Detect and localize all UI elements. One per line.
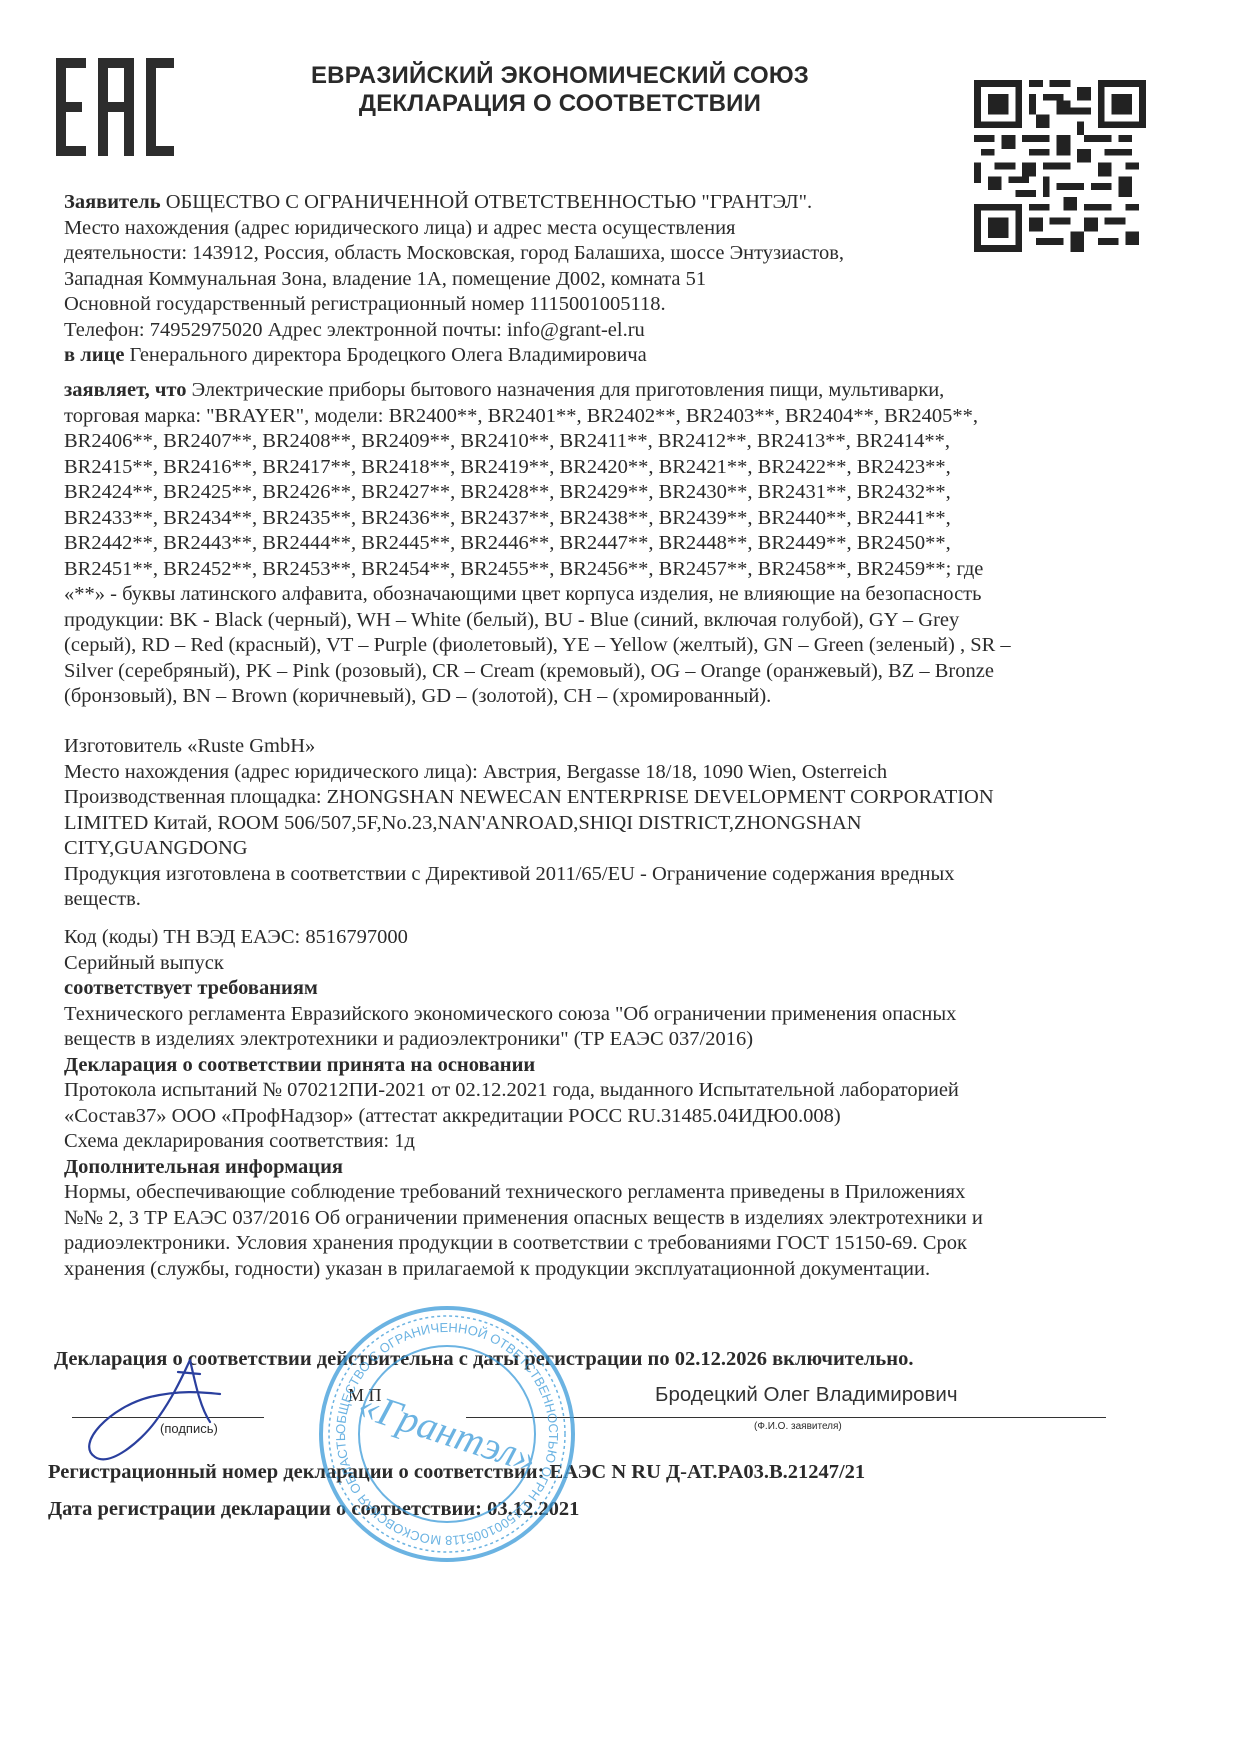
- additional-info-line: Нормы, обеспечивающие соблюдение требова…: [64, 1180, 1104, 1206]
- color-codes-line: (серый), RD – Red (красный), VT – Purple…: [64, 633, 1104, 659]
- title-union: ЕВРАЗИЙСКИЙ ЭКОНОМИЧЕСКИЙ СОЮЗ: [250, 62, 870, 90]
- requirements-line: веществ в изделиях электротехники и ради…: [64, 1027, 1104, 1053]
- production-site: LIMITED Китай, ROOM 506/507,5F,No.23,NAN…: [64, 811, 1104, 837]
- representative-label: в лице: [64, 344, 124, 366]
- directive-line: веществ.: [64, 887, 1104, 913]
- declares-label: заявляет, что: [64, 379, 186, 401]
- requirements-heading: соответствует требованиям: [64, 976, 1104, 1002]
- production-site: CITY,GUANGDONG: [64, 836, 1104, 862]
- manufacturer-section: Изготовитель «Ruste GmbH» Место нахожден…: [64, 734, 1104, 913]
- color-codes-line: продукции: BK - Black (черный), WH – Whi…: [64, 608, 1104, 634]
- requirements-line: Технического регламента Евразийского эко…: [64, 1002, 1104, 1028]
- additional-info-heading: Дополнительная информация: [64, 1155, 1104, 1181]
- production-site: Производственная площадка: ZHONGSHAN NEW…: [64, 785, 1104, 811]
- models-line: BR2451**, BR2452**, BR2453**, BR2454**, …: [64, 557, 1104, 583]
- eac-logo-icon: [56, 58, 176, 156]
- color-codes-line: Silver (серебряный), PK – Pink (розовый)…: [64, 659, 1104, 685]
- models-line: BR2442**, BR2443**, BR2444**, BR2445**, …: [64, 531, 1104, 557]
- conformity-section: Код (коды) ТН ВЭД ЕАЭС: 8516797000 Серий…: [64, 925, 1104, 1282]
- company-stamp-icon: ОБЩЕСТВО С ОГРАНИЧЕННОЙ ОТВЕТСТВЕННОСТЬЮ…: [316, 1303, 578, 1565]
- document-title: ЕВРАЗИЙСКИЙ ЭКОНОМИЧЕСКИЙ СОЮЗ ДЕКЛАРАЦИ…: [250, 62, 870, 118]
- applicant-section: Заявитель ОБЩЕСТВО С ОГРАНИЧЕННОЙ ОТВЕТС…: [64, 190, 1104, 369]
- applicant-line: Основной государственный регистрационный…: [64, 292, 1104, 318]
- product-declaration-section: заявляет, что Электрические приборы быто…: [64, 378, 1104, 710]
- manufacturer-name: Изготовитель «Ruste GmbH»: [64, 734, 1104, 760]
- models-line: торговая марка: "BRAYER", модели: BR2400…: [64, 404, 1104, 430]
- models-line: BR2415**, BR2416**, BR2417**, BR2418**, …: [64, 455, 1104, 481]
- models-line: BR2424**, BR2425**, BR2426**, BR2427**, …: [64, 480, 1104, 506]
- applicant-name: ОБЩЕСТВО С ОГРАНИЧЕННОЙ ОТВЕТСТВЕННОСТЬЮ…: [161, 191, 813, 213]
- applicant-label: Заявитель: [64, 191, 161, 213]
- declaration-document: ЕВРАЗИЙСКИЙ ЭКОНОМИЧЕСКИЙ СОЮЗ ДЕКЛАРАЦИ…: [0, 0, 1240, 1754]
- release-type: Серийный выпуск: [64, 951, 1104, 977]
- color-codes-line: «**» - буквы латинского алфавита, обозна…: [64, 582, 1104, 608]
- manufacturer-address: Место нахождения (адрес юридического лиц…: [64, 760, 1104, 786]
- basis-heading: Декларация о соответствии принята на осн…: [64, 1053, 1104, 1079]
- models-line: BR2433**, BR2434**, BR2435**, BR2436**, …: [64, 506, 1104, 532]
- additional-info-line: хранения (службы, годности) указан в при…: [64, 1257, 1104, 1283]
- title-declaration: ДЕКЛАРАЦИЯ О СООТВЕТСТВИИ: [250, 90, 870, 118]
- tn-ved-code: Код (коды) ТН ВЭД ЕАЭС: 8516797000: [64, 925, 1104, 951]
- models-line: BR2406**, BR2407**, BR2408**, BR2409**, …: [64, 429, 1104, 455]
- additional-info-line: №№ 2, 3 ТР ЕАЭС 037/2016 Об ограничении …: [64, 1206, 1104, 1232]
- applicant-line: Западная Коммунальная Зона, владение 1А,…: [64, 267, 1104, 293]
- representative-line: в лице Генерального директора Бродецкого…: [64, 343, 1104, 369]
- stamp-center-text: «Грантэл»: [353, 1382, 542, 1482]
- scheme-line: Схема декларирования соответствия: 1д: [64, 1129, 1104, 1155]
- directive-line: Продукция изготовлена в соответствии с Д…: [64, 862, 1104, 888]
- applicant-contact: Телефон: 74952975020 Адрес электронной п…: [64, 318, 1104, 344]
- additional-info-line: радиоэлектроники. Условия хранения проду…: [64, 1231, 1104, 1257]
- signer-name: Бродецкий Олег Владимирович: [655, 1383, 958, 1407]
- basis-line: Протокола испытаний № 070212ПИ-2021 от 0…: [64, 1078, 1104, 1104]
- product-description: Электрические приборы бытового назначени…: [186, 379, 944, 401]
- declaration-line: заявляет, что Электрические приборы быто…: [64, 378, 1104, 404]
- basis-line: «Состав37» ООО «ПрофНадзор» (аттестат ак…: [64, 1104, 1104, 1130]
- applicant-line: Место нахождения (адрес юридического лиц…: [64, 216, 1104, 242]
- representative-name: Генерального директора Бродецкого Олега …: [124, 344, 646, 366]
- applicant-line: деятельности: 143912, Россия, область Мо…: [64, 241, 1104, 267]
- applicant-heading: Заявитель ОБЩЕСТВО С ОГРАНИЧЕННОЙ ОТВЕТС…: [64, 190, 1104, 216]
- color-codes-line: (бронзовый), BN – Brown (коричневый), GD…: [64, 684, 1104, 710]
- signer-caption: (Ф.И.О. заявителя): [754, 1421, 842, 1432]
- handwritten-signature-icon: [70, 1352, 270, 1472]
